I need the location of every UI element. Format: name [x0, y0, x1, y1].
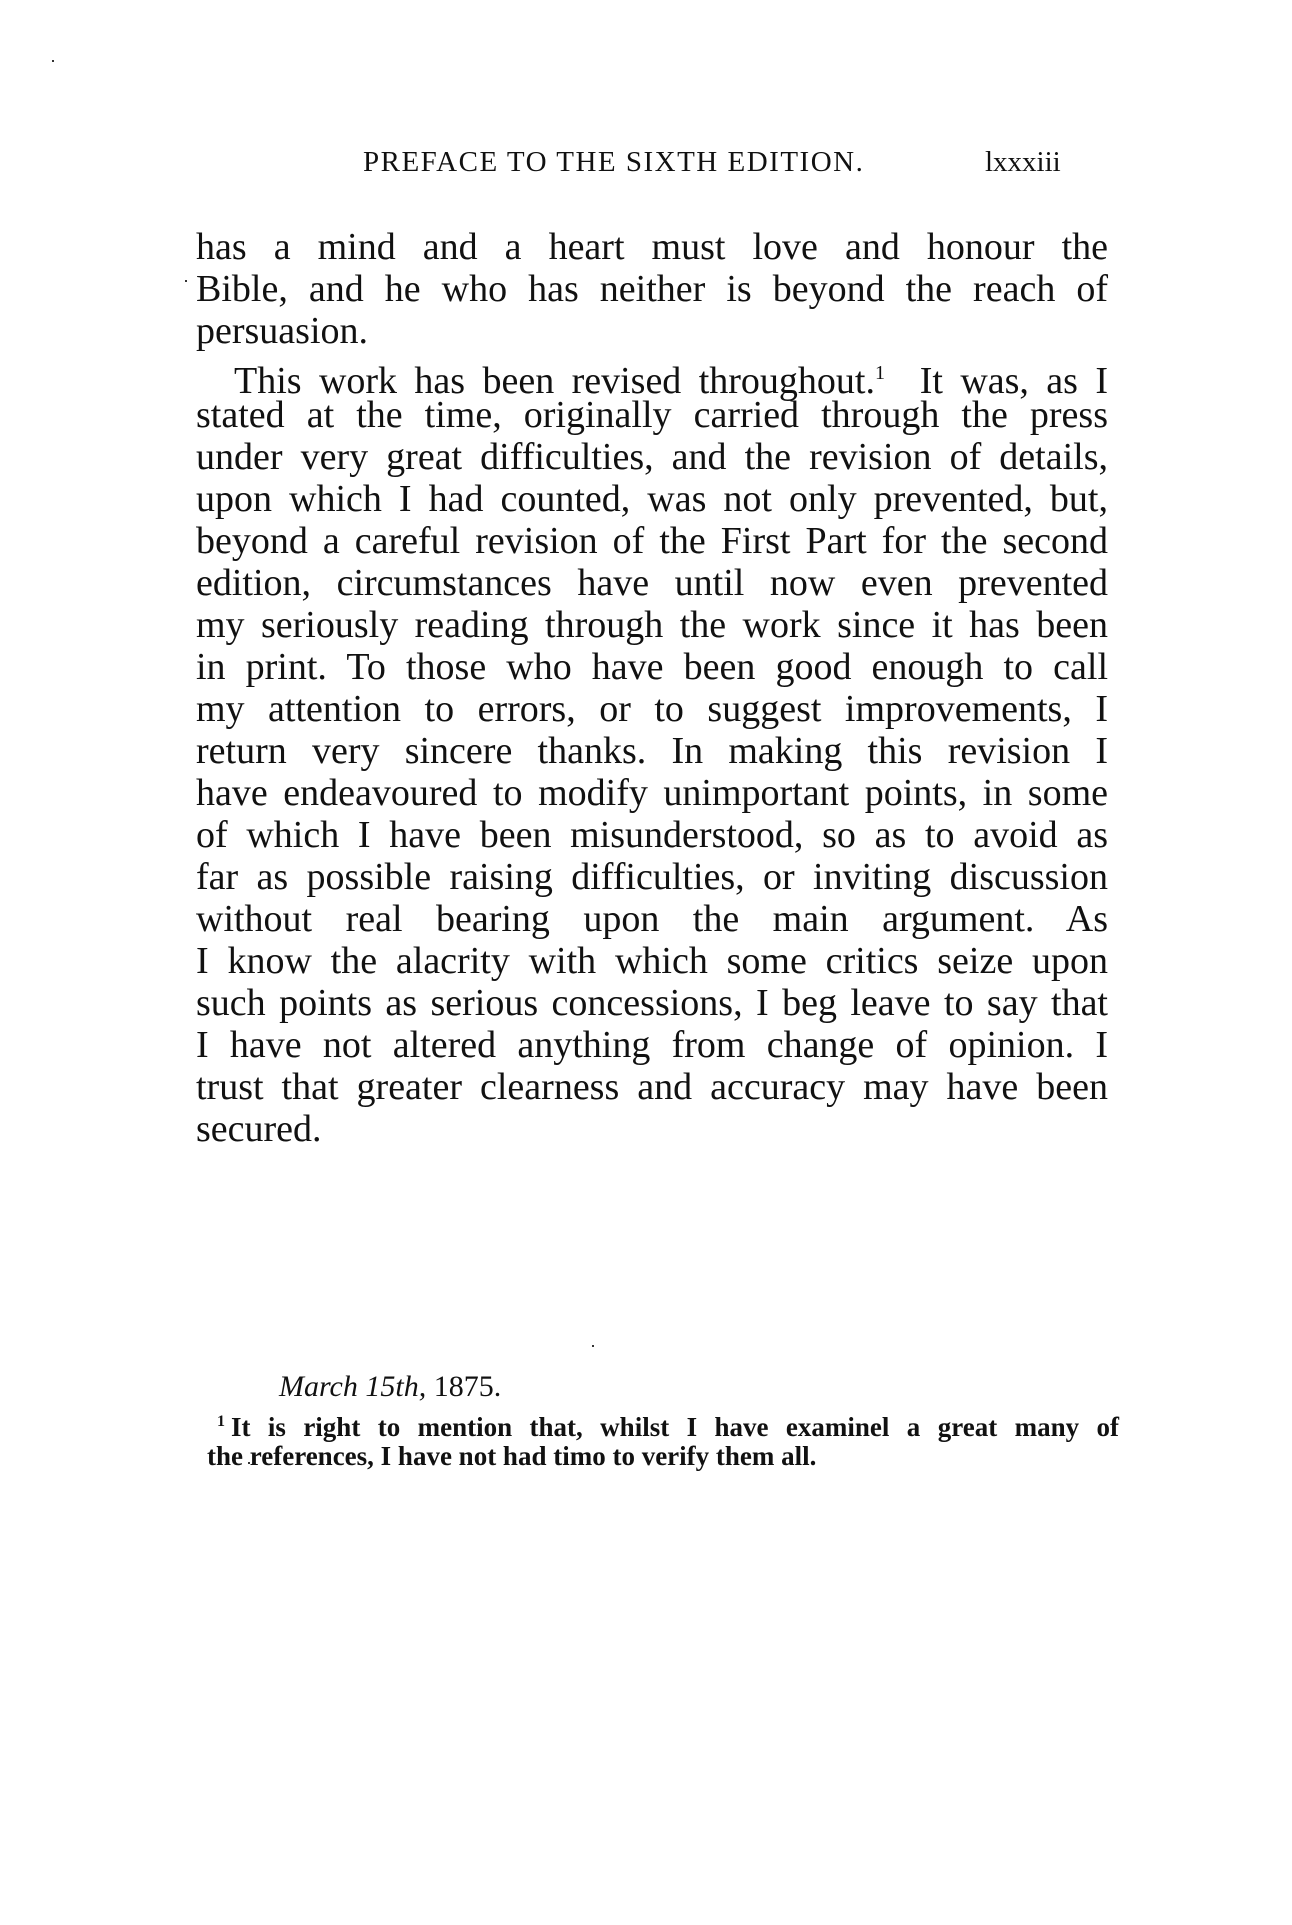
book-page: PREFACE TO THE SIXTH EDITION. lxxxiii ha…	[0, 0, 1292, 1925]
footnote-line: the references, I have not had timo to v…	[207, 1439, 1119, 1473]
text-line: in print. To those who have been good en…	[196, 646, 1108, 688]
footnotes: 1It is right to mention that, whilst I h…	[207, 1405, 1119, 1473]
text-line: Bible, and he who has neither is beyond …	[196, 268, 1108, 310]
text-line: my seriously reading through the work si…	[196, 604, 1108, 646]
text-line: have endeavoured to modify unimportant p…	[196, 772, 1108, 814]
text-line: of which I have been misunderstood, so a…	[196, 814, 1108, 856]
scan-speck	[592, 1345, 594, 1347]
text-line: return very sincere thanks. In making th…	[196, 730, 1108, 772]
footnote-marker: 1	[217, 1413, 225, 1430]
footnote-reference: 1	[875, 362, 885, 384]
text-line: persuasion.	[196, 310, 1108, 352]
text-line: stated at the time, originally carried t…	[196, 394, 1108, 436]
text-line: my attention to errors, or to suggest im…	[196, 688, 1108, 730]
signature-date: March 15th, 1875.	[279, 1370, 501, 1404]
running-head-title: PREFACE TO THE SIXTH EDITION.	[363, 146, 864, 179]
text-line: trust that greater clearness and accurac…	[196, 1066, 1108, 1108]
running-head: PREFACE TO THE SIXTH EDITION. lxxxiii	[363, 146, 1103, 186]
text-line: I have not altered anything from change …	[196, 1024, 1108, 1066]
text-line: under very great difficulties, and the r…	[196, 436, 1108, 478]
text-line: edition, circumstances have until now ev…	[196, 562, 1108, 604]
scan-speck	[52, 60, 54, 62]
text-line: without real bearing upon the main argum…	[196, 898, 1108, 940]
date-year: 1875.	[434, 1370, 502, 1403]
text-line: I know the alacrity with which some crit…	[196, 940, 1108, 982]
text-line: such points as serious concessions, I be…	[196, 982, 1108, 1024]
text-line: secured.	[196, 1108, 1108, 1150]
text-line: upon which I had counted, was not only p…	[196, 478, 1108, 520]
body-text: has a mind and a heart must love and hon…	[196, 226, 1108, 1150]
text-line: This work has been revised throughout.1 …	[196, 352, 1108, 394]
text-line: far as possible raising difficulties, or…	[196, 856, 1108, 898]
footnote-text: It is right to mention that, whilst I ha…	[231, 1412, 1119, 1442]
text-line: has a mind and a heart must love and hon…	[196, 226, 1108, 268]
text-line: beyond a careful revision of the First P…	[196, 520, 1108, 562]
footnote-line: 1It is right to mention that, whilst I h…	[207, 1405, 1119, 1439]
page-number: lxxxiii	[985, 146, 1061, 179]
scan-speck	[185, 280, 187, 282]
scan-speck	[248, 1462, 250, 1464]
date-italic: March 15th,	[279, 1370, 426, 1403]
